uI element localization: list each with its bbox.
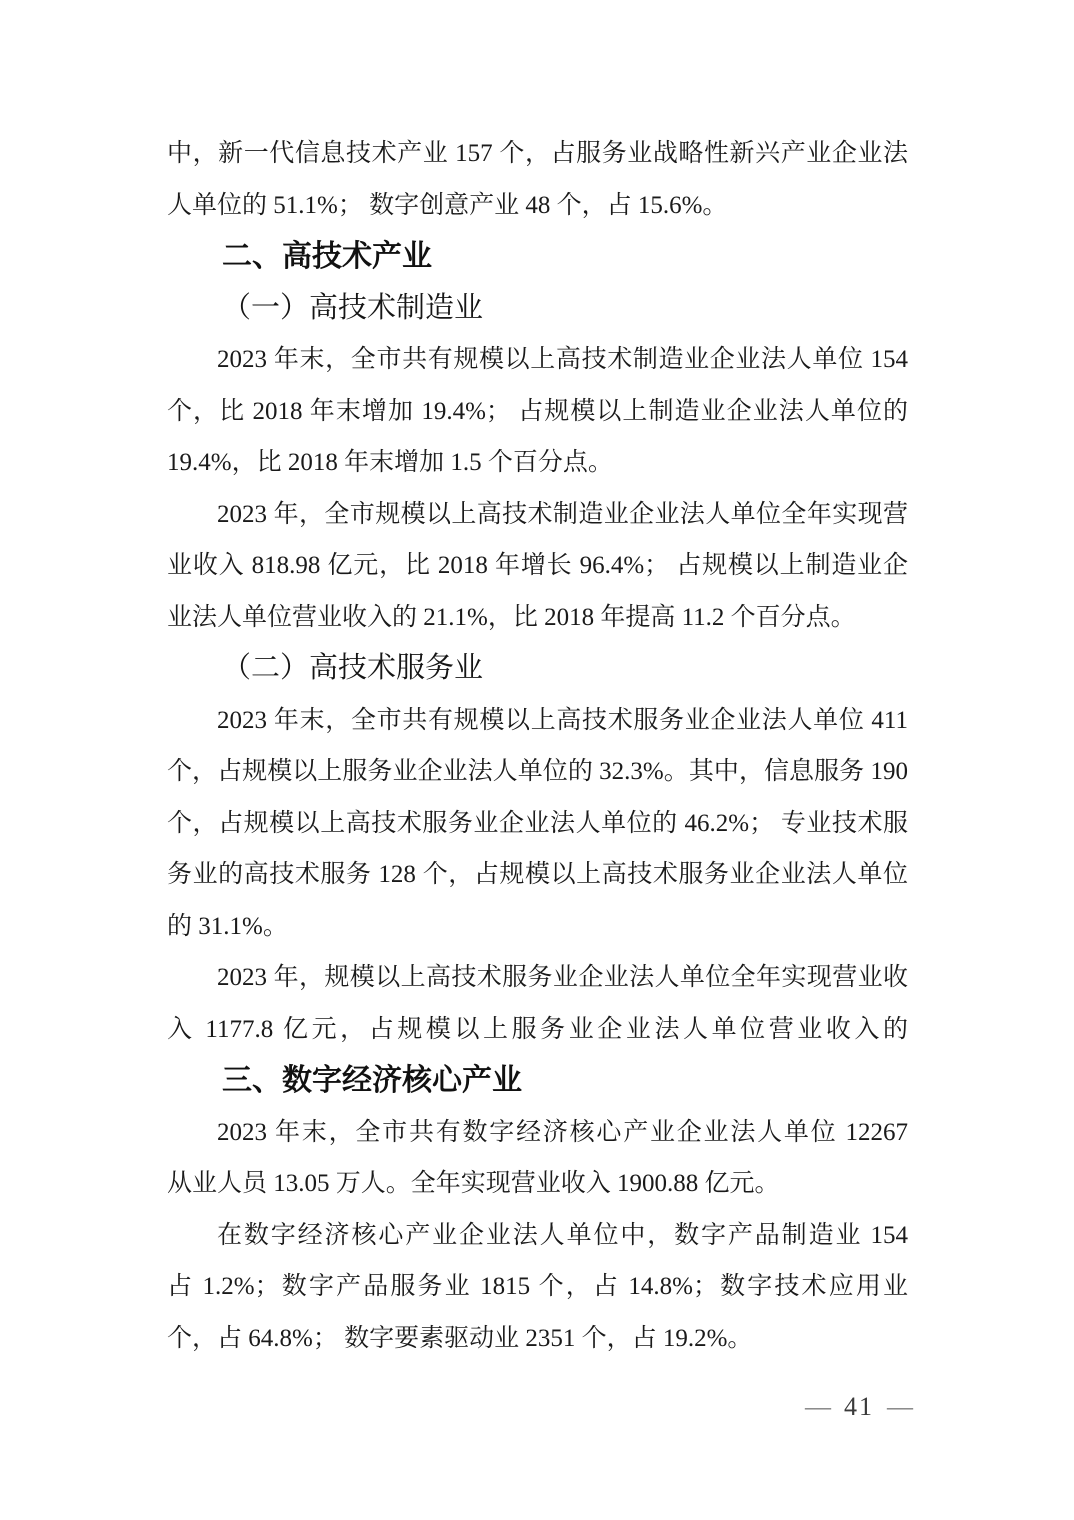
sub-heading: （二）高技术服务业	[167, 643, 908, 695]
text-line: 2023 年末，全市共有数字经济核心产业企业法人单位 12267 个，	[167, 1107, 908, 1159]
text-line: 个，占 64.8%； 数字要素驱动业 2351 个，占 19.2%。	[167, 1313, 908, 1365]
section-heading: 二、高技术产业	[167, 231, 908, 283]
paragraph: 中，新一代信息技术产业 157 个，占服务业战略性新兴产业企业法 人单位的 51…	[167, 128, 908, 231]
page-number-dash: —	[805, 1392, 831, 1421]
section-heading: 三、数字经济核心产业	[167, 1055, 908, 1107]
text-line: 个，占规模以上服务业企业法人单位的 32.3%。其中，信息服务 190	[167, 746, 908, 798]
text-line: 入 1177.8 亿元，占规模以上服务业企业法人单位营业收入的 51.8%。	[167, 1004, 908, 1056]
paragraph: 2023 年末，全市共有规模以上高技术服务业企业法人单位 411 个，占规模以上…	[167, 695, 908, 953]
paragraph: 2023 年末，全市共有数字经济核心产业企业法人单位 12267 个， 从业人员…	[167, 1107, 908, 1210]
page-number: 41	[844, 1392, 874, 1421]
text-line: 务业的高技术服务 128 个，占规模以上高技术服务业企业法人单位	[167, 849, 908, 901]
document-page: 中，新一代信息技术产业 157 个，占服务业战略性新兴产业企业法 人单位的 51…	[0, 0, 1074, 1520]
text-line: 人单位的 51.1%； 数字创意产业 48 个，占 15.6%。	[167, 180, 908, 232]
text-line: 从业人员 13.05 万人。全年实现营业收入 1900.88 亿元。	[167, 1158, 908, 1210]
text-line: 2023 年末，全市共有规模以上高技术制造业企业法人单位 154	[167, 334, 908, 386]
page-number-dash: —	[887, 1392, 913, 1421]
text-line: 个，比 2018 年末增加 19.4%； 占规模以上制造业企业法人单位的	[167, 386, 908, 438]
text-line: 在数字经济核心产业企业法人单位中，数字产品制造业 154 个，	[167, 1210, 908, 1262]
text-line: 2023 年，全市规模以上高技术制造业企业法人单位全年实现营	[167, 489, 908, 541]
text-line: 业法人单位营业收入的 21.1%，比 2018 年提高 11.2 个百分点。	[167, 592, 908, 644]
document-content: 中，新一代信息技术产业 157 个，占服务业战略性新兴产业企业法 人单位的 51…	[167, 128, 908, 1364]
paragraph: 在数字经济核心产业企业法人单位中，数字产品制造业 154 个， 占 1.2%；数…	[167, 1210, 908, 1365]
text-line: 占 1.2%；数字产品服务业 1815 个，占 14.8%；数字技术应用业 79…	[167, 1261, 908, 1313]
text-line: 19.4%，比 2018 年末增加 1.5 个百分点。	[167, 437, 908, 489]
text-line: 中，新一代信息技术产业 157 个，占服务业战略性新兴产业企业法	[167, 128, 908, 180]
text-line: 的 31.1%。	[167, 901, 908, 953]
sub-heading: （一）高技术制造业	[167, 283, 908, 335]
text-line: 2023 年末，全市共有规模以上高技术服务业企业法人单位 411	[167, 695, 908, 747]
text-line: 业收入 818.98 亿元，比 2018 年增长 96.4%； 占规模以上制造业…	[167, 540, 908, 592]
text-line: 个，占规模以上高技术服务业企业法人单位的 46.2%； 专业技术服	[167, 798, 908, 850]
paragraph: 2023 年，全市规模以上高技术制造业企业法人单位全年实现营 业收入 818.9…	[167, 489, 908, 644]
page-footer: —41—	[805, 1390, 913, 1424]
paragraph: 2023 年末，全市共有规模以上高技术制造业企业法人单位 154 个，比 201…	[167, 334, 908, 489]
text-line: 2023 年，规模以上高技术服务业企业法人单位全年实现营业收	[167, 952, 908, 1004]
paragraph: 2023 年，规模以上高技术服务业企业法人单位全年实现营业收 入 1177.8 …	[167, 952, 908, 1055]
